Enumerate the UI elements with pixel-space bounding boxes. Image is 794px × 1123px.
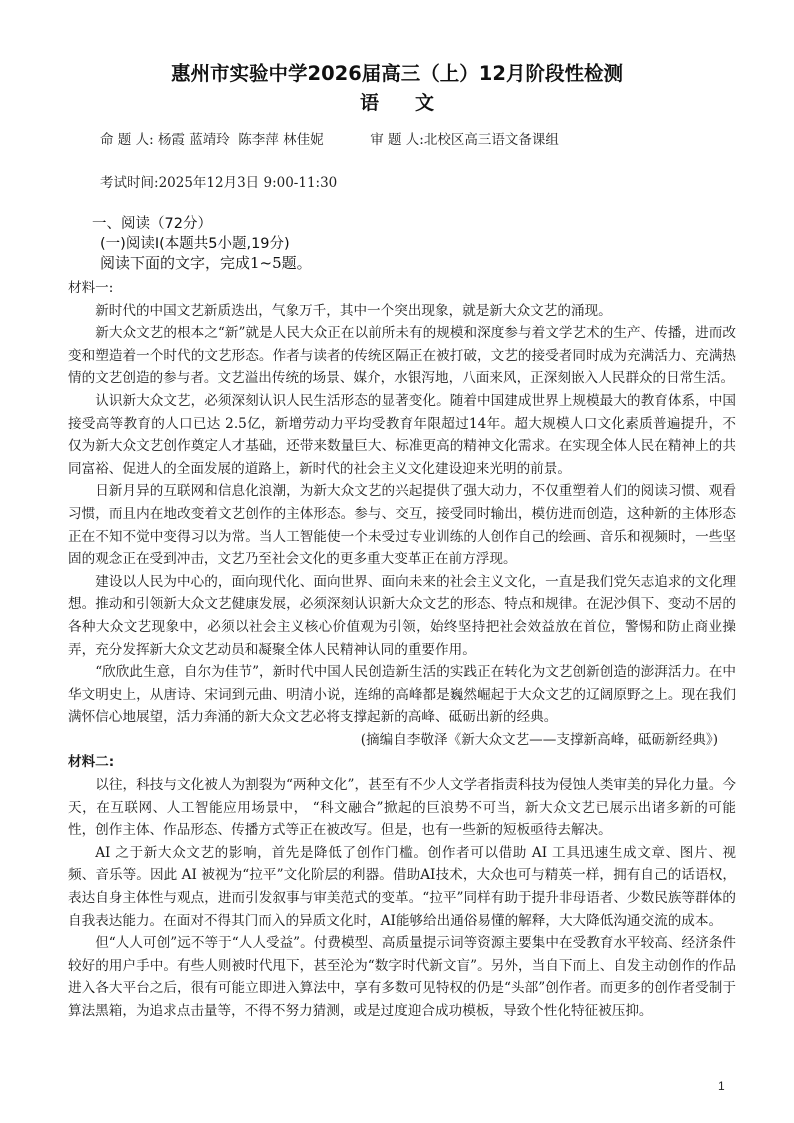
exam-title: 惠州市实验中学2026届高三（上）12月阶段性检测	[0, 58, 794, 86]
subject-char-2: 文	[415, 88, 434, 115]
subject-title: 语文	[0, 88, 794, 115]
section-instruction: 阅读下面的文字，完成1~5题。	[100, 252, 312, 273]
material-2-paragraph: AI 之于新大众文艺的影响，首先是降低了创作门槛。创作者可以借助 AI 工具迅速…	[68, 842, 736, 932]
page-number: 1	[718, 1079, 725, 1093]
material-2-label: 材料二:	[68, 751, 736, 774]
reviewers: 北校区高三语文备课组	[424, 132, 559, 148]
subject-char-1: 语	[360, 88, 379, 115]
section-heading: 一、阅读（72分）	[92, 212, 212, 233]
section-subheading: (一)阅读Ⅰ(本题共5小题,19分)	[100, 232, 290, 253]
material-1-paragraph: “欣欣此生意，自尔为佳节”，新时代中国人民创造新生活的实践正在转化为文艺创新创造…	[68, 661, 736, 729]
exam-time-line: 考试时间:2025年12月3日 9:00-11:30	[100, 171, 337, 191]
material-1-paragraph: 日新月异的互联网和信息化浪潮，为新大众文艺的兴起提供了强大动力，不仅重塑着人们的…	[68, 480, 736, 570]
authors-label: 命 题 人:	[100, 132, 154, 148]
material-1-paragraph: 新大众文艺的根本之“新”就是人民大众正在以前所未有的规模和深度参与着文学艺术的生…	[68, 322, 736, 390]
material-1-label: 材料一:	[68, 277, 736, 300]
reviewers-label: 审 题 人:	[370, 132, 424, 148]
exam-time: 2025年12月3日 9:00-11:30	[159, 175, 338, 191]
material-1-paragraph: 建设以人民为中心的，面向现代化、面向世界、面向未来的社会主义文化，一直是我们党矢…	[68, 571, 736, 661]
reading-passage: 材料一: 新时代的中国文艺新质迭出，气象万千，其中一个突出现象，就是新大众文艺的…	[68, 277, 736, 1023]
material-1-paragraph: 新时代的中国文艺新质迭出，气象万千，其中一个突出现象，就是新大众文艺的涌现。	[68, 300, 736, 323]
material-1-source: (摘编自李敬泽《新大众文艺——支撑新高峰，砥砺新经典》)	[68, 729, 736, 752]
exam-time-label: 考试时间:	[100, 175, 159, 191]
authors-line: 命 题 人: 杨霞 蓝靖玲 陈李萍 林佳妮 审 题 人:北校区高三语文备课组	[100, 128, 559, 148]
material-1-paragraph: 认识新大众文艺，必须深刻认识人民生活形态的显著变化。随着中国建成世界上规模最大的…	[68, 390, 736, 480]
authors: 杨霞 蓝靖玲 陈李萍 林佳妮	[158, 132, 324, 148]
material-2-paragraph: 但“人人可创”远不等于“人人受益”。付费模型、高质量提示词等资源主要集中在受教育…	[68, 932, 736, 1022]
material-2-paragraph: 以往，科技与文化被人为割裂为“两种文化”，甚至有不少人文学者指责科技为侵蚀人类审…	[68, 774, 736, 842]
exam-page: 惠州市实验中学2026届高三（上）12月阶段性检测 语文 命 题 人: 杨霞 蓝…	[0, 0, 794, 1123]
